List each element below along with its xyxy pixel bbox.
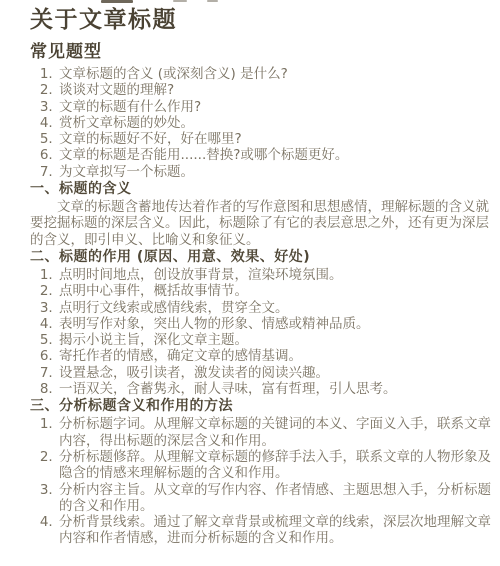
cropped-text-fragment [101,0,133,3]
section-title-function: 二、标题的作用 (原因、用意、效果、好处) 点明时间地点，创设放事背景，渲染环境… [30,249,494,397]
section-title-meaning: 一、标题的含义 文章的标题含蓄地传达着作者的写作意图和思想感情，理解标题的含义就… [30,181,494,248]
list-item: 表明写作对象，突出人物的形象、情感或精神品质。 [57,316,494,332]
section-paragraph: 文章的标题含蓄地传达着作者的写作意图和思想感情，理解标题的含义就要挖掘标题的深层… [30,199,494,248]
cropped-text-fragment [173,0,187,2]
list-item: 点明时间地点，创设放事背景，渲染环境氛围。 [57,267,494,283]
list-item: 赏析文章标题的妙处。 [57,115,494,131]
list-item: 文章的标题好不好，好在哪里? [57,131,494,147]
list-item: 设置悬念，吸引读者，激发读者的阅读兴趣。 [57,365,494,381]
list-item: 点明中心事件，概括故事情节。 [57,283,494,299]
list-item: 分析标题字词。从理解文章标题的关键词的本义、字面义入手，联系文章内容，得出标题的… [57,416,494,449]
list-item: 文章的标题是否能用......替换?或哪个标题更好。 [57,147,494,163]
list-item: 一语双关，含蓄隽永，耐人寻味，富有哲理，引人思考。 [57,381,494,397]
section-heading: 三、分析标题含义和作用的方法 [30,398,494,415]
list-item: 揭示小说主旨，深化文章主题。 [57,332,494,348]
list-item: 分析内容主旨。从文章的写作内容、作者情感、主题思想入手，分析标题的含义和作用。 [57,482,494,515]
question-types-list: 文章标题的含义 (或深刻含义) 是什么? 谈谈对文题的理解? 文章的标题有什么作… [30,66,494,180]
list-item: 谈谈对文题的理解? [57,82,494,98]
list-item: 文章标题的含义 (或深刻含义) 是什么? [57,66,494,82]
cropped-text-fragment [207,0,218,2]
analysis-methods-list: 分析标题字词。从理解文章标题的关键词的本义、字面义入手，联系文章内容，得出标题的… [30,416,494,546]
list-item: 点明行文线索或感情线索，贯穿全文。 [57,300,494,316]
page-title: 关于文章标题 [30,6,494,34]
section-heading: 一、标题的含义 [30,181,494,198]
section-heading: 二、标题的作用 (原因、用意、效果、好处) [30,249,494,266]
section-analysis-methods: 三、分析标题含义和作用的方法 分析标题字词。从理解文章标题的关键词的本义、字面义… [30,398,494,546]
list-item: 分析背景线索。通过了解文章背景或梳理文章的线索，深层次地理解文章内容和作者情感，… [57,514,494,547]
title-function-list: 点明时间地点，创设放事背景，渲染环境氛围。 点明中心事件，概括故事情节。 点明行… [30,267,494,397]
list-item: 寄托作者的情感，确定文章的感情基调。 [57,348,494,364]
list-item: 为文章拟写一个标题。 [57,164,494,180]
list-item: 文章的标题有什么作用? [57,99,494,115]
document-page: 关于文章标题 常见题型 文章标题的含义 (或深刻含义) 是什么? 谈谈对文题的理… [0,0,500,547]
subtitle-common-question-types: 常见题型 [30,42,494,63]
list-item: 分析标题修辞。从理解文章标题的修辞手法入手，联系文章的人物形象及隐含的情感来理解… [57,449,494,482]
